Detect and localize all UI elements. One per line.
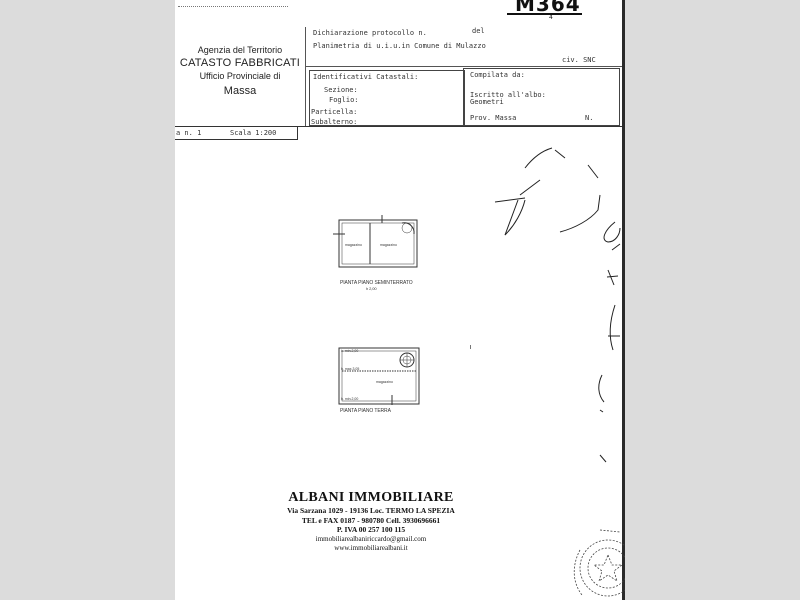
room-label: magazzino [345,243,362,247]
floor-plan-terra [335,345,425,405]
scale-row-end [297,126,298,140]
height-label: h. min.2,00 [341,397,358,401]
company-name: ALBANI IMMOBILIARE [280,490,462,506]
plan-title: PIANTA PIANO TERRA [340,408,391,414]
identificativi-title: Identificativi Catastali: [313,73,418,81]
particella-label: Particella: [311,108,357,116]
company-address: Via Sarzana 1029 - 19136 Loc. TERMO LA S… [280,506,462,516]
header-divider [305,27,306,127]
plan-subtitle: h 2,00 [366,286,377,291]
scale-row-rule [175,139,298,140]
subalterno-label: Subalterno: [311,118,357,126]
planimetria-label: Planimetria di u.i.u.in Comune di Mulazz… [313,42,486,50]
compilata-label: Compilata da: [470,71,525,79]
stray-mark [470,345,474,349]
handwritten-underline [507,13,582,15]
ufficio-label: Ufficio Provinciale di [175,70,305,83]
company-website: www.immobiliarealbani.it [280,544,462,553]
cut-off-header-text [178,0,288,7]
height-label: h. min.2,00 [341,349,358,353]
civico-label: civ. SNC [562,56,596,64]
prov-label: Prov. Massa [470,114,516,122]
room-label: magazzino [380,243,397,247]
room-label: magazzino [376,380,393,384]
scale-label: Scala 1:200 [230,129,276,137]
albo-value: Geometri [470,98,504,106]
company-email: immobiliarealbaniriccardo@gmail.com [280,535,462,544]
agency-name: Agenzia del Territorio [175,44,305,57]
company-phone: TEL e FAX 0187 - 980780 Cell. 3930696661 [280,516,462,526]
city-label: Massa [175,83,305,99]
foglio-label: Foglio: [329,96,359,104]
dichiarazione-label: Dichiarazione protocollo n. [313,29,427,37]
height-label: h. max.3,05 [341,367,359,371]
del-label: del [472,27,485,35]
agency-stamp: ALBANI IMMOBILIARE Via Sarzana 1029 - 19… [280,490,462,553]
header-bottom-rule [175,126,622,127]
company-vat: P. IVA 00 257 100 115 [280,525,462,535]
catasto-title: CATASTO FABBRICATI [175,57,305,70]
official-stamp [560,510,625,600]
agency-block: Agenzia del Territorio CATASTO FABBRICAT… [175,44,305,99]
header-rule [305,66,622,67]
n-label: N. [585,114,593,122]
handwritten-subnote: 4 [549,14,553,21]
sheet-number: a n. 1 [176,129,201,137]
sezione-label: Sezione: [324,86,358,94]
